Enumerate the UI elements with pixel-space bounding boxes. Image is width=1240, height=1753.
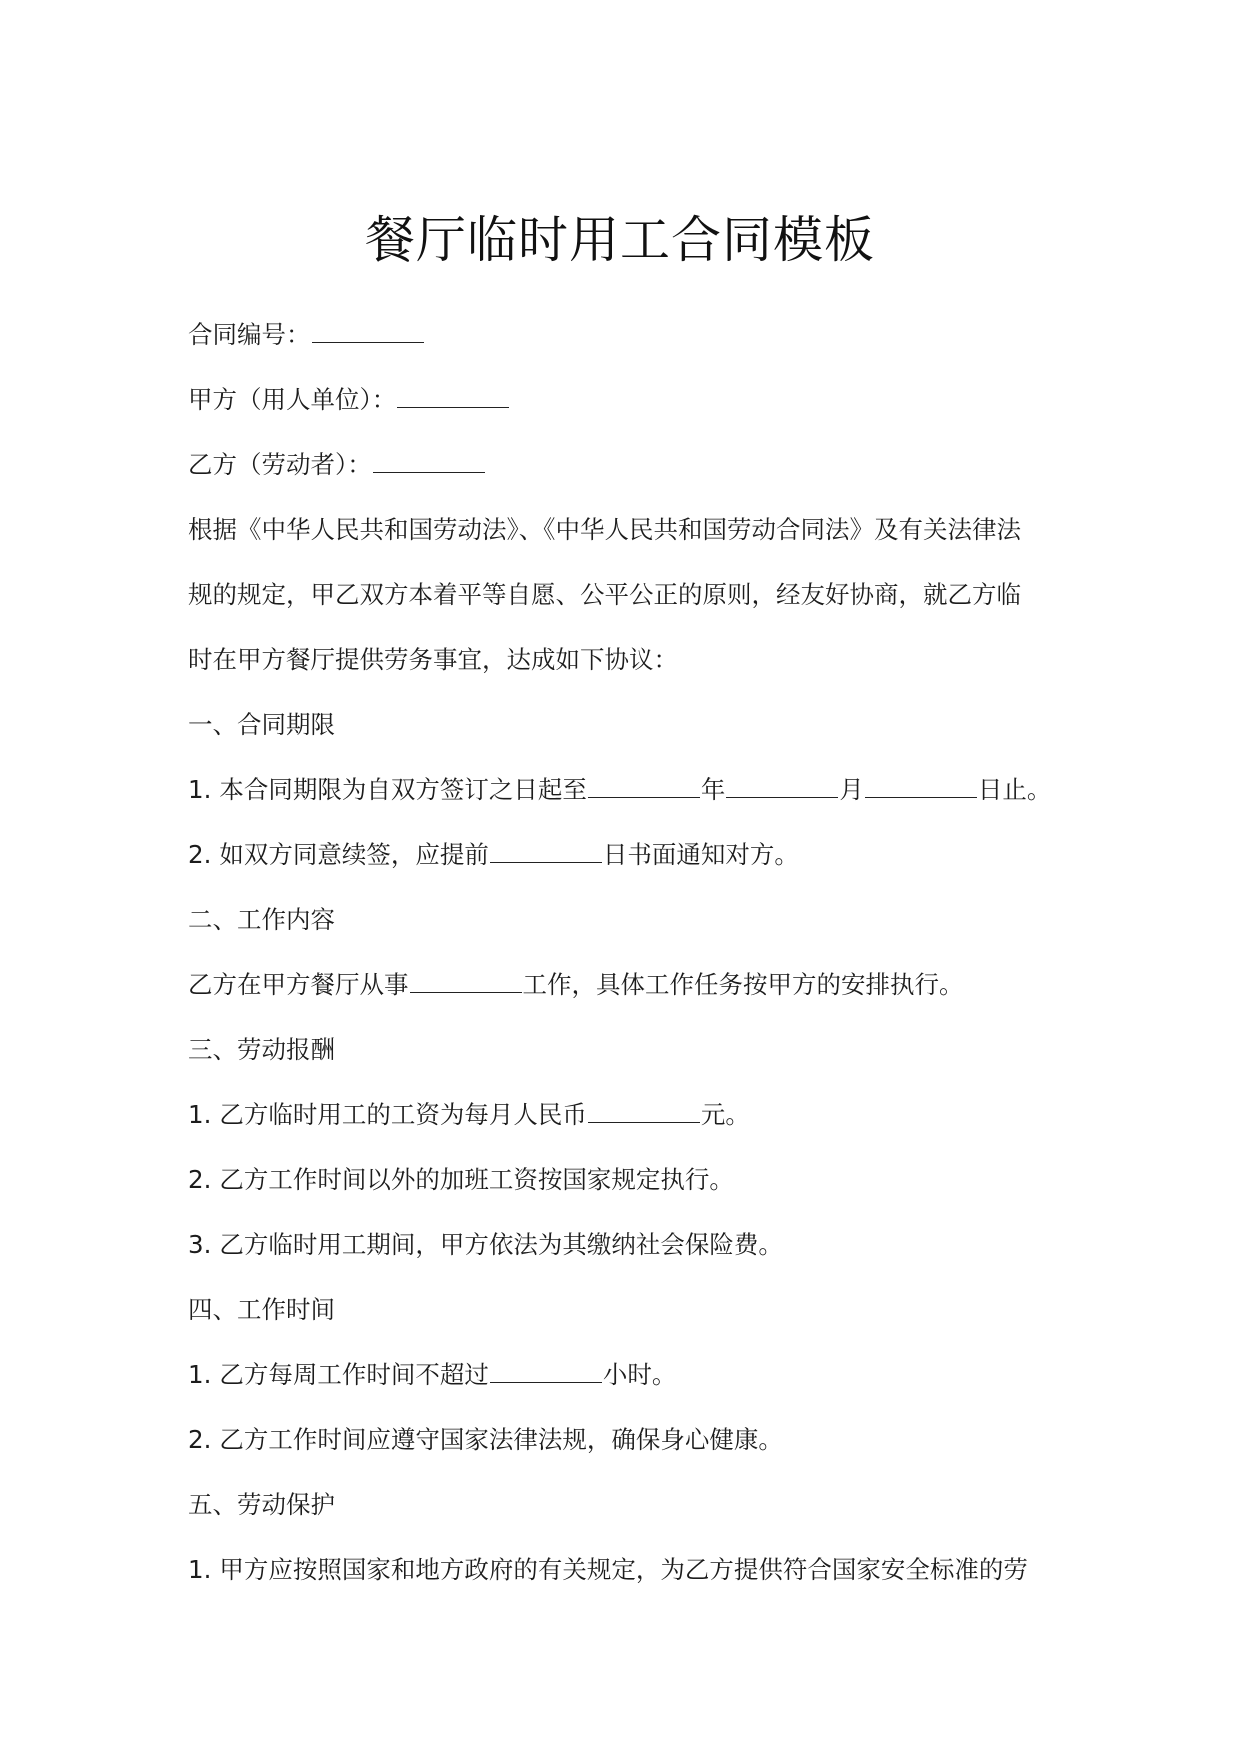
clause-item: 1.甲方应按照国家和地方政府的有关规定，为乙方提供符合国家安全标准的劳 [188,1553,1068,1587]
clause-text: 乙方工作时间以外的加班工资按国家规定执行。 [219,1165,734,1194]
clause-text: 本合同期限为自双方签订之日起至 [219,775,587,804]
party-b-label: 乙方（劳动者）： [188,450,372,479]
end-month-blank[interactable] [726,773,838,798]
section-heading-compensation: 三、劳动报酬 [188,1033,1068,1067]
clause-number: 2. [188,1163,211,1197]
clause-text: 日止。 [978,775,1052,804]
clause-item: 3.乙方临时用工期间，甲方依法为其缴纳社会保险费。 [188,1228,1068,1262]
party-b-blank[interactable] [373,448,485,473]
clause-text: 甲方应按照国家和地方政府的有关规定，为乙方提供符合国家安全标准的劳 [219,1555,1028,1584]
renewal-notice-days-blank[interactable] [490,838,602,863]
monthly-wage-blank[interactable] [588,1098,700,1123]
clause-text: 乙方临时用工期间，甲方依法为其缴纳社会保险费。 [219,1230,783,1259]
clause-item: 乙方在甲方餐厅从事工作，具体工作任务按甲方的安排执行。 [188,968,1068,1002]
clause-text: 乙方工作时间应遵守国家法律法规，确保身心健康。 [219,1425,783,1454]
preamble-line: 根据《中华人民共和国劳动法》、《中华人民共和国劳动合同法》及有关法律法 [188,513,1068,547]
clause-item: 1.乙方临时用工的工资为每月人民币元。 [188,1098,1068,1132]
party-a-label: 甲方（用人单位）： [188,385,396,414]
clause-number: 1. [188,1553,211,1587]
clause-text: 元。 [701,1100,750,1129]
clause-item: 1.乙方每周工作时间不超过小时。 [188,1358,1068,1392]
contract-number-field: 合同编号： [188,318,1068,352]
contract-number-blank[interactable] [312,318,424,343]
clause-item: 2.乙方工作时间应遵守国家法律法规，确保身心健康。 [188,1423,1068,1457]
preamble-line: 时在甲方餐厅提供劳务事宜，达成如下协议： [188,643,1068,677]
weekly-hours-blank[interactable] [490,1358,602,1383]
clause-text: 乙方每周工作时间不超过 [219,1360,489,1389]
party-b-field: 乙方（劳动者）： [188,448,1068,482]
clause-text: 工作，具体工作任务按甲方的安排执行。 [523,970,964,999]
document-page: 餐厅临时用工合同模板 合同编号： 甲方（用人单位）： 乙方（劳动者）： 根据《中… [0,0,1240,1753]
section-heading-term: 一、合同期限 [188,708,1068,742]
clause-number: 1. [188,1098,211,1132]
clause-item: 2.如双方同意续签，应提前日书面通知对方。 [188,838,1068,872]
clause-number: 2. [188,838,211,872]
end-day-blank[interactable] [865,773,977,798]
clause-text: 小时。 [603,1360,677,1389]
clause-number: 1. [188,1358,211,1392]
section-heading-working-hours: 四、工作时间 [188,1293,1068,1327]
clause-text: 月 [839,775,864,804]
contract-number-label: 合同编号： [188,320,311,349]
clause-text: 乙方临时用工的工资为每月人民币 [219,1100,587,1129]
party-a-blank[interactable] [397,383,509,408]
clause-number: 1. [188,773,211,807]
clause-text: 年 [701,775,726,804]
clause-text: 乙方在甲方餐厅从事 [188,970,409,999]
preamble-line: 规的规定，甲乙双方本着平等自愿、公平公正的原则，经友好协商，就乙方临 [188,578,1068,612]
section-heading-work-content: 二、工作内容 [188,903,1068,937]
party-a-field: 甲方（用人单位）： [188,383,1068,417]
clause-text: 如双方同意续签，应提前 [219,840,489,869]
clause-item: 1.本合同期限为自双方签订之日起至年月日止。 [188,773,1068,807]
end-year-blank[interactable] [588,773,700,798]
clause-text: 日书面通知对方。 [603,840,799,869]
clause-number: 3. [188,1228,211,1262]
clause-item: 2.乙方工作时间以外的加班工资按国家规定执行。 [188,1163,1068,1197]
section-heading-labor-protection: 五、劳动保护 [188,1488,1068,1522]
document-title: 餐厅临时用工合同模板 [0,208,1240,272]
clause-number: 2. [188,1423,211,1457]
job-type-blank[interactable] [410,968,522,993]
